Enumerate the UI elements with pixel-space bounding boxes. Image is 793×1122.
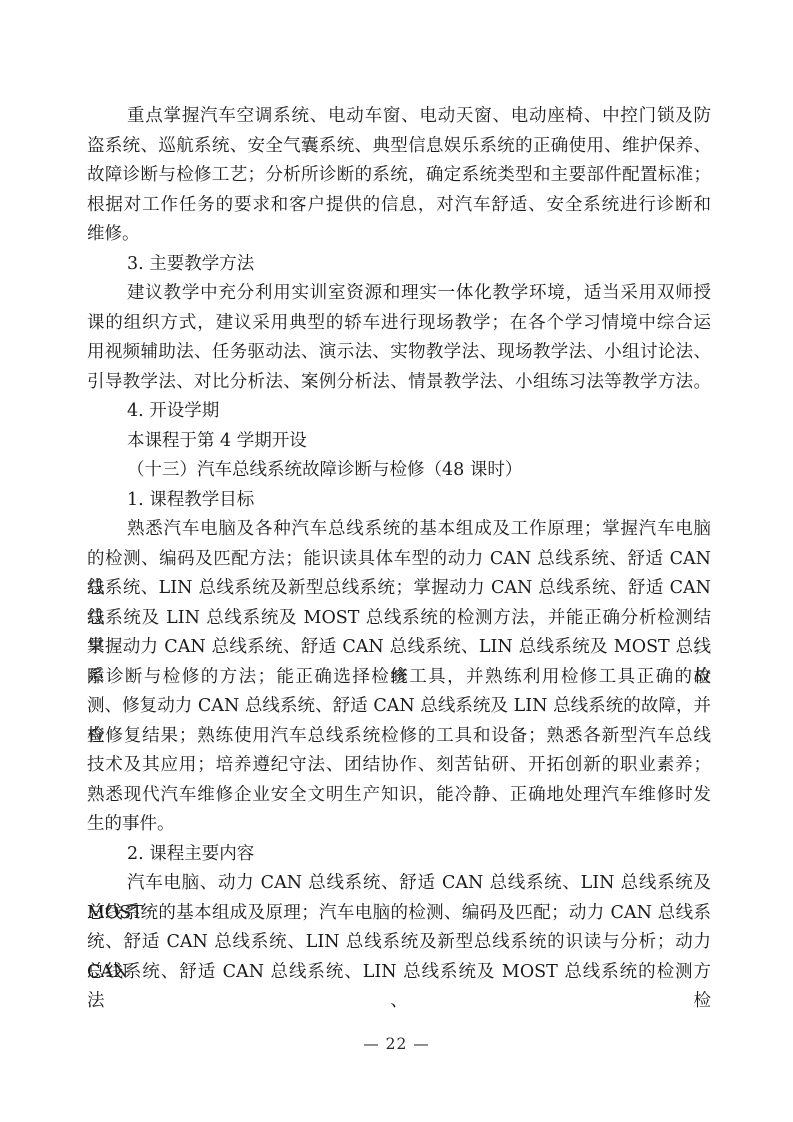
body-text-line: 总线系统、舒适 CAN 总线系统、LIN 总线系统及 MOST 总线系统的检测方…: [87, 958, 711, 988]
heading-line: 1. 课程教学目标: [87, 486, 711, 516]
body-text-line: 熟悉现代汽车维修企业安全文明生产知识，能冷静、正确地处理汽车维修时发: [87, 781, 711, 811]
body-text-line: 课的组织方式，建议采用典型的轿车进行现场教学；在各个学习情境中综合运: [87, 309, 711, 339]
body-text-line: 总线系统的基本组成及原理；汽车电脑的检测、编码及匹配；动力 CAN 总线系: [87, 899, 711, 929]
body-text-line: 建议教学中充分利用实训室资源和理实一体化教学环境，适当采用双师授: [87, 279, 711, 309]
body-text-line: 根据对工作任务的要求和客户提供的信息，对汽车舒适、安全系统进行诊断和: [87, 191, 711, 221]
body-text-line: 盗系统、巡航系统、安全气囊系统、典型信息娱乐系统的正确使用、维护保养、: [87, 132, 711, 162]
body-text-line: 测、修复动力 CAN 总线系统、舒适 CAN 总线系统及 LIN 总线系统的故障…: [87, 692, 711, 722]
heading-line: 4. 开设学期: [87, 397, 711, 427]
body-text-line: 引导教学法、对比分析法、案例分析法、情景教学法、小组练习法等教学方法。: [87, 368, 711, 398]
body-text-line: 维修。: [87, 220, 711, 250]
body-text-line: 掌握动力 CAN 总线系统、舒适 CAN 总线系统、LIN 总线系统及 MOST…: [87, 633, 711, 663]
heading-line: 2. 课程主要内容: [87, 840, 711, 870]
body-text-line: 重点掌握汽车空调系统、电动车窗、电动天窗、电动座椅、中控门锁及防: [87, 102, 711, 132]
body-text-line: 汽车电脑、动力 CAN 总线系统、舒适 CAN 总线系统、LIN 总线系统及 M…: [87, 869, 711, 899]
body-text-line: 的检测、编码及匹配方法；能识读具体车型的动力 CAN 总线系统、舒适 CAN 总: [87, 545, 711, 575]
body-text-line: 查修复结果；熟练使用汽车总线系统检修的工具和设备；熟悉各新型汽车总线: [87, 722, 711, 752]
heading-line: （十三）汽车总线系统故障诊断与检修（48 课时）: [87, 456, 711, 486]
body-text-line: 故障诊断与检修工艺；分析所诊断的系统，确定系统类型和主要部件配置标准；: [87, 161, 711, 191]
body-text-line: 线系统及 LIN 总线系统及 MOST 总线系统的检测方法，并能正确分析检测结果…: [87, 604, 711, 634]
body-text-line: 用视频辅助法、任务驱动法、演示法、实物教学法、现场教学法、小组讨论法、: [87, 338, 711, 368]
body-text-line: 线系统、LIN 总线系统及新型总线系统；掌握动力 CAN 总线系统、舒适 CAN…: [87, 574, 711, 604]
body-text-line: 熟悉汽车电脑及各种汽车总线系统的基本组成及工作原理；掌握汽车电脑: [87, 515, 711, 545]
page-number: — 22 —: [363, 1035, 430, 1053]
body-text-line: 生的事件。: [87, 810, 711, 840]
body-text-line: 本课程于第 4 学期开设: [87, 427, 711, 457]
document-page: 重点掌握汽车空调系统、电动车窗、电动天窗、电动座椅、中控门锁及防盗系统、巡航系统…: [0, 0, 793, 1122]
body-text-line: 障诊断与检修的方法；能正确选择检修工具，并熟练利用检修工具正确的检: [87, 663, 711, 693]
heading-line: 3. 主要教学方法: [87, 250, 711, 280]
body-text-line: 技术及其应用；培养遵纪守法、团结协作、刻苦钻研、开拓创新的职业素养；: [87, 751, 711, 781]
document-body: 重点掌握汽车空调系统、电动车窗、电动天窗、电动座椅、中控门锁及防盗系统、巡航系统…: [87, 102, 711, 987]
page-footer: — 22 —: [0, 1034, 793, 1053]
body-text-line: 统、舒适 CAN 总线系统、LIN 总线系统及新型总线系统的识读与分析；动力 C…: [87, 928, 711, 958]
